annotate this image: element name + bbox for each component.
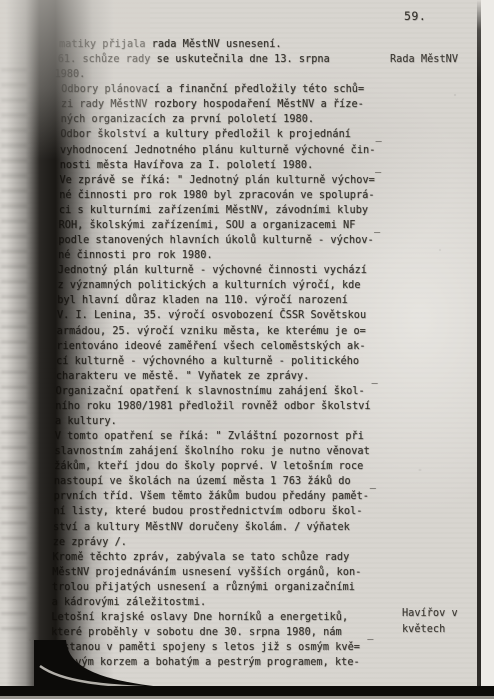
text-line: ci s kulturními zařízeními MěstNV, závod… [59, 205, 368, 217]
scan-edge-right [477, 0, 481, 686]
fill-dash: _ [376, 131, 382, 142]
text-line: Odbory plánovací a finanční předložily t… [61, 84, 364, 96]
scan-edge-bottom [0, 686, 494, 696]
text-line: matiky přijala rada MěstNV usnesení. [59, 39, 282, 51]
text-line: zůstanou v paměti spojeny s letos již s … [51, 642, 360, 654]
text-line: ROH, školskými zařízeními, SOU a organiz… [59, 220, 356, 232]
text-line: né činnosti pro rok 1980 byl zpracován v… [59, 190, 374, 202]
text-line: Odbor školství a kultury předložil k pro… [60, 129, 351, 141]
text-line: Ve zprávě se říká: " Jednotný plán kultu… [59, 175, 374, 187]
text-line: žákům, kteří jdou do školy poprvé. V let… [54, 461, 363, 473]
text-line: ze zprávy /. [53, 537, 127, 549]
text-line: né činnosti pro rok 1980. [58, 250, 213, 262]
text-line: ní listy, které budou prostřednictvím od… [53, 506, 362, 518]
text-line: podle stanovených hlavních úkolů kulturn… [58, 235, 373, 247]
text-line: rientováno ideové zaměření všech celoměs… [56, 341, 365, 353]
margin-note: květech [402, 624, 445, 635]
page-number: 59. [404, 9, 426, 23]
text-line: ství a kultury MěstNV doručeny školám. /… [53, 522, 350, 534]
text-line: Jednotný plán kulturně - výchovné činnos… [58, 265, 367, 277]
text-line: Organizační opatření k slavnostnímu zahá… [56, 386, 365, 398]
text-line: 61. schůze rady se uskutečnila dne 13. s… [58, 54, 330, 66]
text-line: MěstNV projednáváním usnesení vyšších or… [52, 567, 361, 579]
text-line: prvních tříd. Všem těmto žákům budou pře… [54, 491, 369, 503]
text-line: slavnostním zahájení školního roku je nu… [54, 446, 369, 458]
text-line: Letošní krajské oslavy Dne horníků a ene… [51, 612, 348, 624]
fill-dash: _ [367, 629, 373, 640]
margin-note: Havířov v [402, 608, 458, 619]
fill-dash: _ [375, 162, 381, 173]
text-line: nosti města Havířova za I. pololetí 1980… [60, 160, 314, 172]
ghost-text-bleed [1, 60, 27, 640]
text-line: cí kulturně - výchovného a kulturně - po… [56, 356, 359, 368]
text-line: byl hlavní důraz kladen na 110. výročí n… [57, 295, 348, 307]
text-line: a kultury. [55, 416, 117, 428]
text-line: které proběhly v sobotu dne 30. srpna 19… [51, 627, 342, 639]
text-line: trolou přijatých usnesení a různými orga… [52, 582, 355, 594]
text-line: ního roku 1980/1981 předložil rovněž odb… [55, 401, 370, 413]
fill-dash: _ [370, 478, 376, 489]
text-line: 1980. [54, 69, 85, 81]
text-line: tinovým korzem a bohatým a pestrým progr… [51, 657, 360, 669]
fill-dash: _ [372, 373, 378, 384]
text-line: V tomto opatření se říká: " Zvláštní poz… [55, 431, 364, 443]
text-line: z významných politických a kulturních vý… [58, 280, 361, 292]
right-margin [481, 0, 494, 686]
text-line: charakteru ve městě. " Vyňatek ze zprávy… [56, 371, 310, 383]
text-line: armádou, 25. výročí vzniku města, ke kte… [57, 326, 366, 338]
text-line: nastoupí ve školách na území města 1 763… [54, 476, 351, 488]
text-line: Kromě těchto zpráv, zabývala se tato sch… [52, 552, 349, 564]
text-line: ných organizacích za první pololetí 1980… [61, 114, 315, 126]
margin-note: Rada MěstNV [390, 54, 458, 65]
text-line: a kádrovými záležitostmi. [52, 597, 207, 609]
text-line: zi rady MěstNV rozbory hospodaření MěstN… [61, 99, 364, 111]
scanned-page: 59. matiky přijala rada MěstNV usnesení.… [0, 0, 494, 699]
text-line: vyhodnocení Jednotného plánu kulturně vý… [60, 145, 375, 157]
text-line: V. I. Lenina, 35. výročí osvobození ČSSR… [57, 310, 366, 322]
fill-dash: _ [374, 222, 380, 233]
